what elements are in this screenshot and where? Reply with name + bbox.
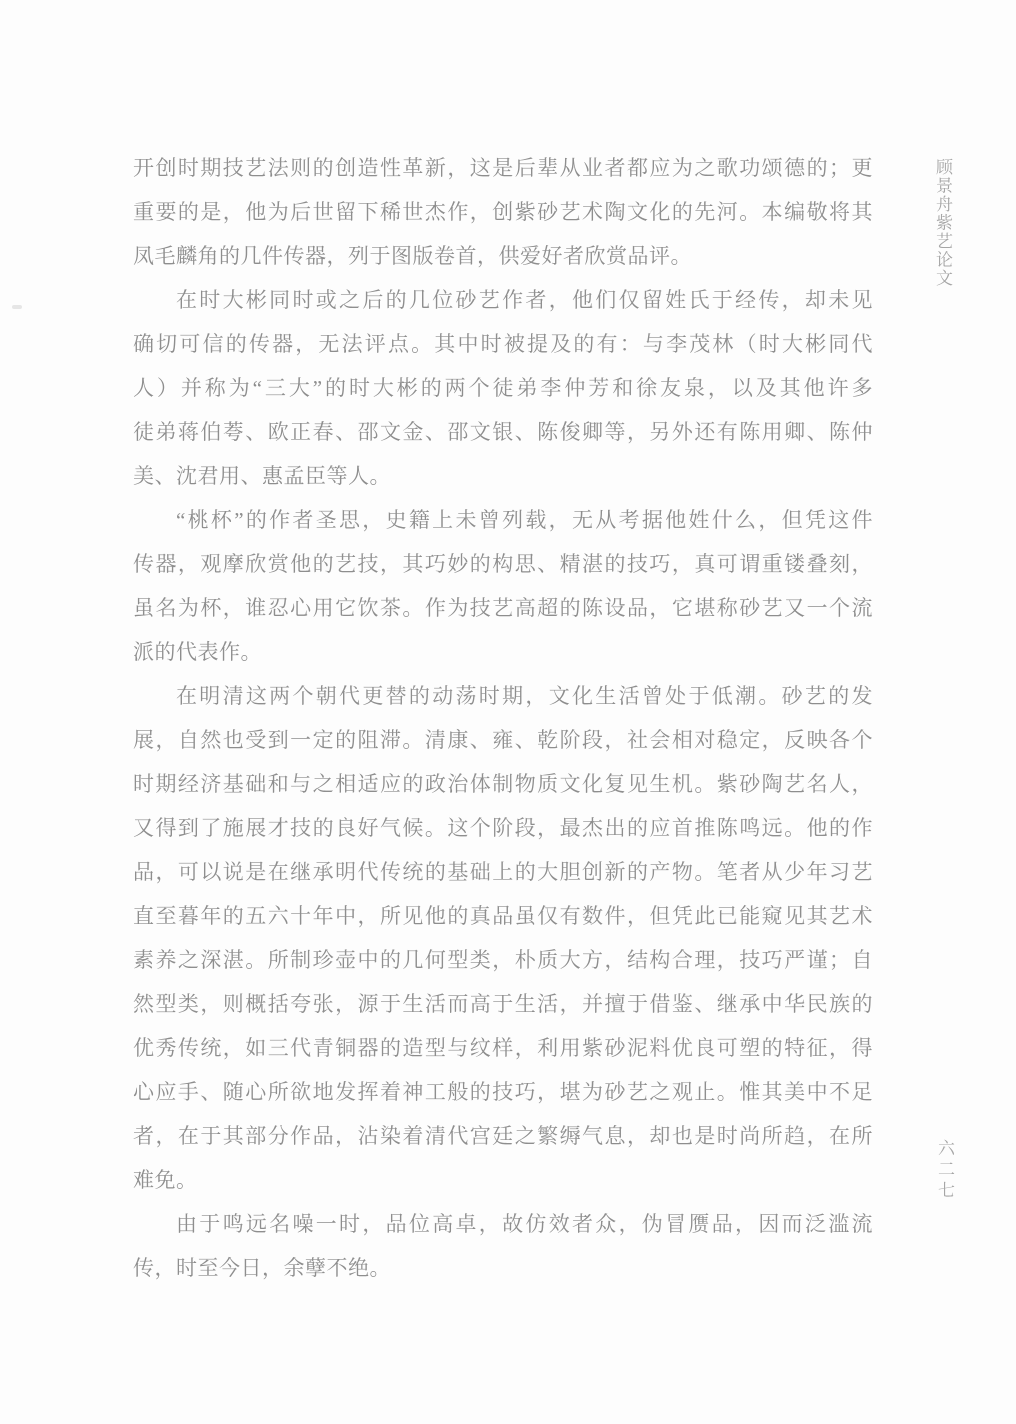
book-page: 开创时期技艺法则的创造性革新，这是后辈从业者都应为之歌功颂德的；更重要的是，他为… (0, 0, 1016, 1424)
text-line: “桃杯”的作者圣思，史籍上未曾列载，无从考据他姓什么，但凭这件 (133, 498, 873, 542)
text-line: 由于鸣远名噪一时，品位高卓，故仿效者众，伪冒赝品，因而泛滥流 (133, 1202, 873, 1246)
text-line: 虽名为杯，谁忍心用它饮茶。作为技艺高超的陈设品，它堪称砂艺又一个流 (133, 586, 873, 630)
text-line: 美、沈君用、惠孟臣等人。 (133, 454, 873, 498)
text-block: 开创时期技艺法则的创造性革新，这是后辈从业者都应为之歌功颂德的；更重要的是，他为… (133, 146, 873, 1290)
text-line: 在明清这两个朝代更替的动荡时期，文化生活曾处于低潮。砂艺的发 (133, 674, 873, 718)
text-line: 然型类，则概括夸张，源于生活而高于生活，并擅于借鉴、继承中华民族的 (133, 982, 873, 1026)
text-line: 直至暮年的五六十年中，所见他的真品虽仅有数件，但凭此已能窥见其艺术 (133, 894, 873, 938)
page-number: 六二七 (932, 1139, 957, 1202)
scan-artifact (12, 305, 22, 309)
text-line: 人）并称为“三大”的时大彬的两个徒弟李仲芳和徐友泉，以及其他许多 (133, 366, 873, 410)
text-line: 确切可信的传器，无法评点。其中时被提及的有：与李茂林（时大彬同代 (133, 322, 873, 366)
text-line: 派的代表作。 (133, 630, 873, 674)
text-line: 品，可以说是在继承明代传统的基础上的大胆创新的产物。笔者从少年习艺 (133, 850, 873, 894)
text-line: 开创时期技艺法则的创造性革新，这是后辈从业者都应为之歌功颂德的；更 (133, 146, 873, 190)
text-line: 传器，观摩欣赏他的艺技，其巧妙的构思、精湛的技巧，真可谓重镂叠刻， (133, 542, 873, 586)
text-line: 难免。 (133, 1158, 873, 1202)
text-line: 又得到了施展才技的良好气候。这个阶段，最杰出的应首推陈鸣远。他的作 (133, 806, 873, 850)
text-line: 展，自然也受到一定的阻滞。清康、雍、乾阶段，社会相对稳定，反映各个 (133, 718, 873, 762)
text-line: 在时大彬同时或之后的几位砂艺作者，他们仅留姓氏于经传，却未见 (133, 278, 873, 322)
text-line: 凤毛麟角的几件传器，列于图版卷首，供爱好者欣赏品评。 (133, 234, 873, 278)
text-line: 素养之深湛。所制珍壶中的几何型类，朴质大方，结构合理，技巧严谨；自 (133, 938, 873, 982)
text-line: 传，时至今日，余孽不绝。 (133, 1246, 873, 1290)
margin-title: 顾景舟紫艺论文 (930, 158, 955, 288)
text-line: 优秀传统，如三代青铜器的造型与纹样，利用紫砂泥料优良可塑的特征，得 (133, 1026, 873, 1070)
text-line: 心应手、随心所欲地发挥着神工般的技巧，堪为砂艺之观止。惟其美中不足 (133, 1070, 873, 1114)
text-line: 者，在于其部分作品，沾染着清代宫廷之繁缛气息，却也是时尚所趋，在所 (133, 1114, 873, 1158)
text-line: 重要的是，他为后世留下稀世杰作，创紫砂艺术陶文化的先河。本编敬将其 (133, 190, 873, 234)
text-line: 徒弟蒋伯荂、欧正春、邵文金、邵文银、陈俊卿等，另外还有陈用卿、陈仲 (133, 410, 873, 454)
text-line: 时期经济基础和与之相适应的政治体制物质文化复见生机。紫砂陶艺名人， (133, 762, 873, 806)
